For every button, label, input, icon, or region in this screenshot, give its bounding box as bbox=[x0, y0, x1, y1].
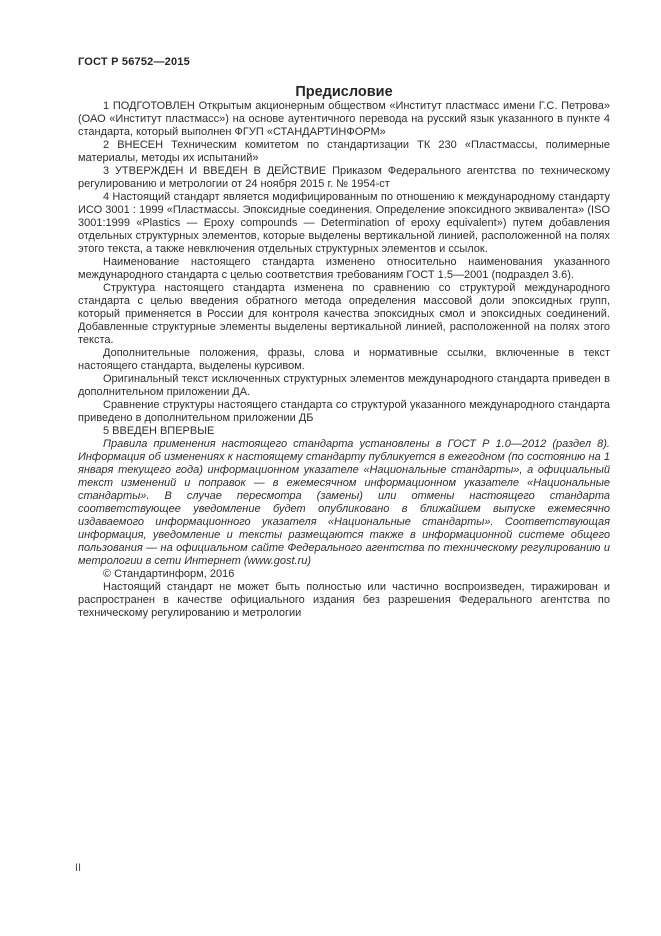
foreword-item-4-sub-1: 4 Настоящий стандарт является модифициро… bbox=[78, 191, 610, 256]
page-number: II bbox=[75, 862, 81, 874]
foreword-item-4-sub-4: Дополнительные положения, фразы, слова и… bbox=[78, 347, 610, 373]
application-rules-note: Правила применения настоящего стандарта … bbox=[78, 438, 610, 568]
foreword-item-4-sub-6: Сравнение структуры настоящего стандарта… bbox=[78, 399, 610, 425]
foreword-item-5: 5 ВВЕДЕН ВПЕРВЫЕ bbox=[78, 425, 610, 438]
copyright-notice: © Стандартинформ, 2016 bbox=[78, 568, 610, 581]
foreword-item-3: 3 УТВЕРЖДЕН И ВВЕДЕН В ДЕЙСТВИЕ Приказом… bbox=[78, 165, 610, 191]
standard-number: ГОСТ Р 56752—2015 bbox=[78, 56, 610, 68]
foreword-item-4: 4 Настоящий стандарт является модифициро… bbox=[78, 191, 610, 425]
foreword-item-1: 1 ПОДГОТОВЛЕН Открытым акционерным общес… bbox=[78, 100, 610, 139]
document-page: ГОСТ Р 56752—2015 Предисловие 1 ПОДГОТОВ… bbox=[0, 0, 661, 936]
page-content: ГОСТ Р 56752—2015 Предисловие 1 ПОДГОТОВ… bbox=[0, 0, 661, 620]
reproduction-restriction-note: Настоящий стандарт не может быть полност… bbox=[78, 581, 610, 620]
foreword-item-4-sub-2: Наименование настоящего стандарта измене… bbox=[78, 256, 610, 282]
foreword-item-2: 2 ВНЕСЕН Техническим комитетом по станда… bbox=[78, 139, 610, 165]
foreword-item-4-sub-3: Структура настоящего стандарта изменена … bbox=[78, 282, 610, 347]
page-title: Предисловие bbox=[78, 84, 610, 100]
foreword-item-4-sub-5: Оригинальный текст исключенных структурн… bbox=[78, 373, 610, 399]
